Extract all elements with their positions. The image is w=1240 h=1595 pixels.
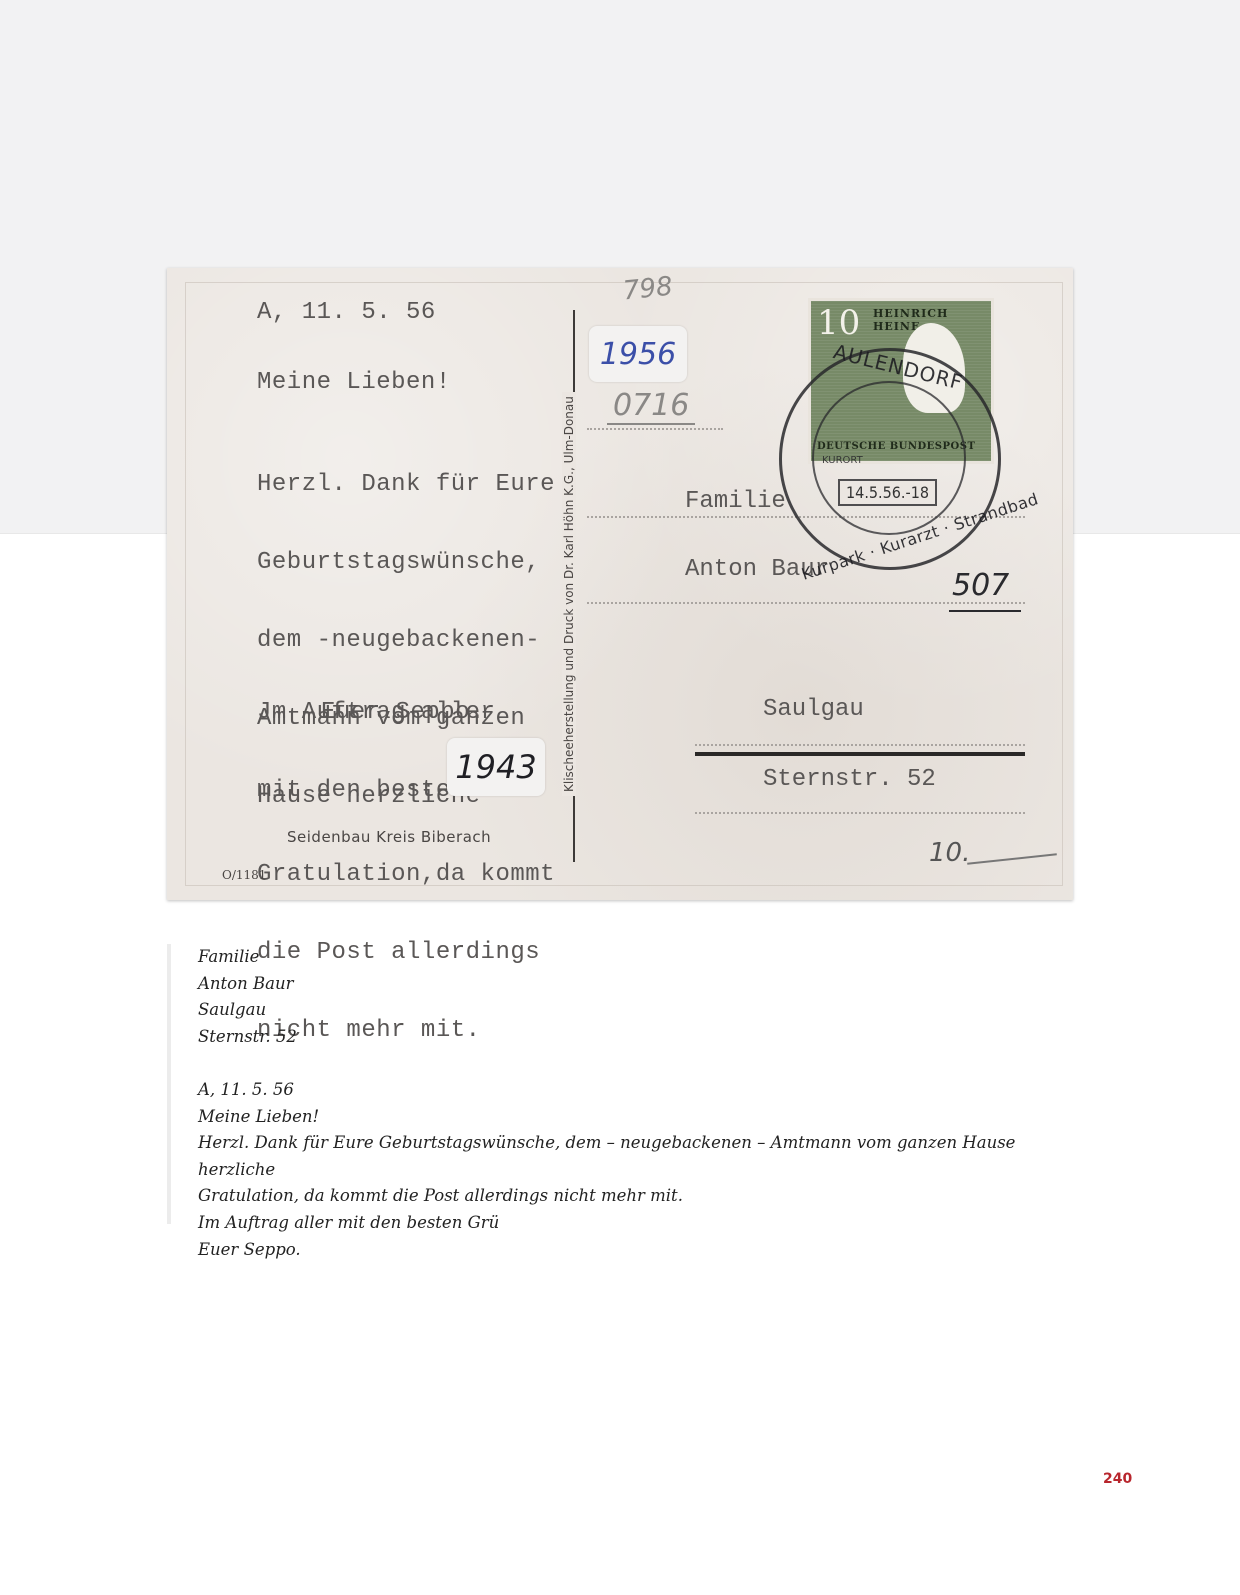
archive-sticker-bottom: 1943 (447, 738, 545, 796)
postcard-image: A, 11. 5. 56 Meine Lieben! Herzl. Dank f… (167, 268, 1073, 900)
address-line-4 (695, 812, 1025, 814)
address-line-3 (695, 744, 1025, 746)
transcript-line: Gratulation, da kommt die Post allerding… (171, 1183, 1071, 1210)
address-city: Saulgau (763, 696, 864, 723)
picture-caption: Seidenbau Kreis Biberach (287, 828, 491, 846)
typed-body-line: Gratulation,da kommt (257, 862, 555, 888)
ink-underline (949, 610, 1021, 612)
printer-credit: Klischeeherstellung und Druck von Dr. Ka… (562, 392, 576, 796)
postmark: AULENDORF KURORT 14.5.56.-18 Kurpark · K… (779, 348, 1001, 570)
postmark-date: 14.5.56.-18 (838, 479, 937, 506)
serial-number: O/1181 (222, 868, 266, 882)
transcript-line: Familie (171, 944, 1071, 971)
postmark-subtext: KURORT (822, 455, 863, 466)
ink-mark-bottom: 10. (929, 838, 970, 868)
transcript-line: Meine Lieben! (171, 1104, 1071, 1131)
transcript-gap (171, 1050, 1071, 1077)
transcript-line: A, 11. 5. 56 (171, 1077, 1071, 1104)
typed-signature: Euer Seppo. (321, 700, 485, 726)
transcript-line: Herzl. Dank für Eure Geburtstagswünsche,… (171, 1130, 1071, 1183)
page-number: 240 (1103, 1471, 1132, 1487)
typed-date: A, 11. 5. 56 (257, 300, 436, 326)
typed-body-line: Herzl. Dank für Eure (257, 472, 555, 498)
underline-bar (695, 752, 1025, 756)
transcript-line: Sternstr. 52 (171, 1024, 1071, 1051)
transcript-line: Euer Seppo. (171, 1237, 1071, 1264)
archive-sticker-top: 1956 (589, 326, 687, 382)
ink-number: 507 (952, 568, 1009, 603)
address-family: Familie (685, 488, 786, 515)
typed-body-line: Geburtstagswünsche, (257, 550, 555, 576)
transcript-line: Anton Baur (171, 971, 1071, 998)
transcript-quote: Familie Anton Baur Saulgau Sternstr. 52 … (167, 944, 1071, 1224)
address-street: Sternstr. 52 (763, 766, 936, 793)
stamp-value: 10 (817, 303, 860, 343)
dotted-line (587, 428, 723, 430)
transcript-line: Saulgau (171, 997, 1071, 1024)
typed-greeting: Meine Lieben! (257, 370, 451, 396)
pencil-mark-top: 798 (622, 271, 675, 306)
transcript-line: Im Auftrag aller mit den besten Grü (171, 1210, 1071, 1237)
pencil-code: 0716 (607, 388, 695, 425)
